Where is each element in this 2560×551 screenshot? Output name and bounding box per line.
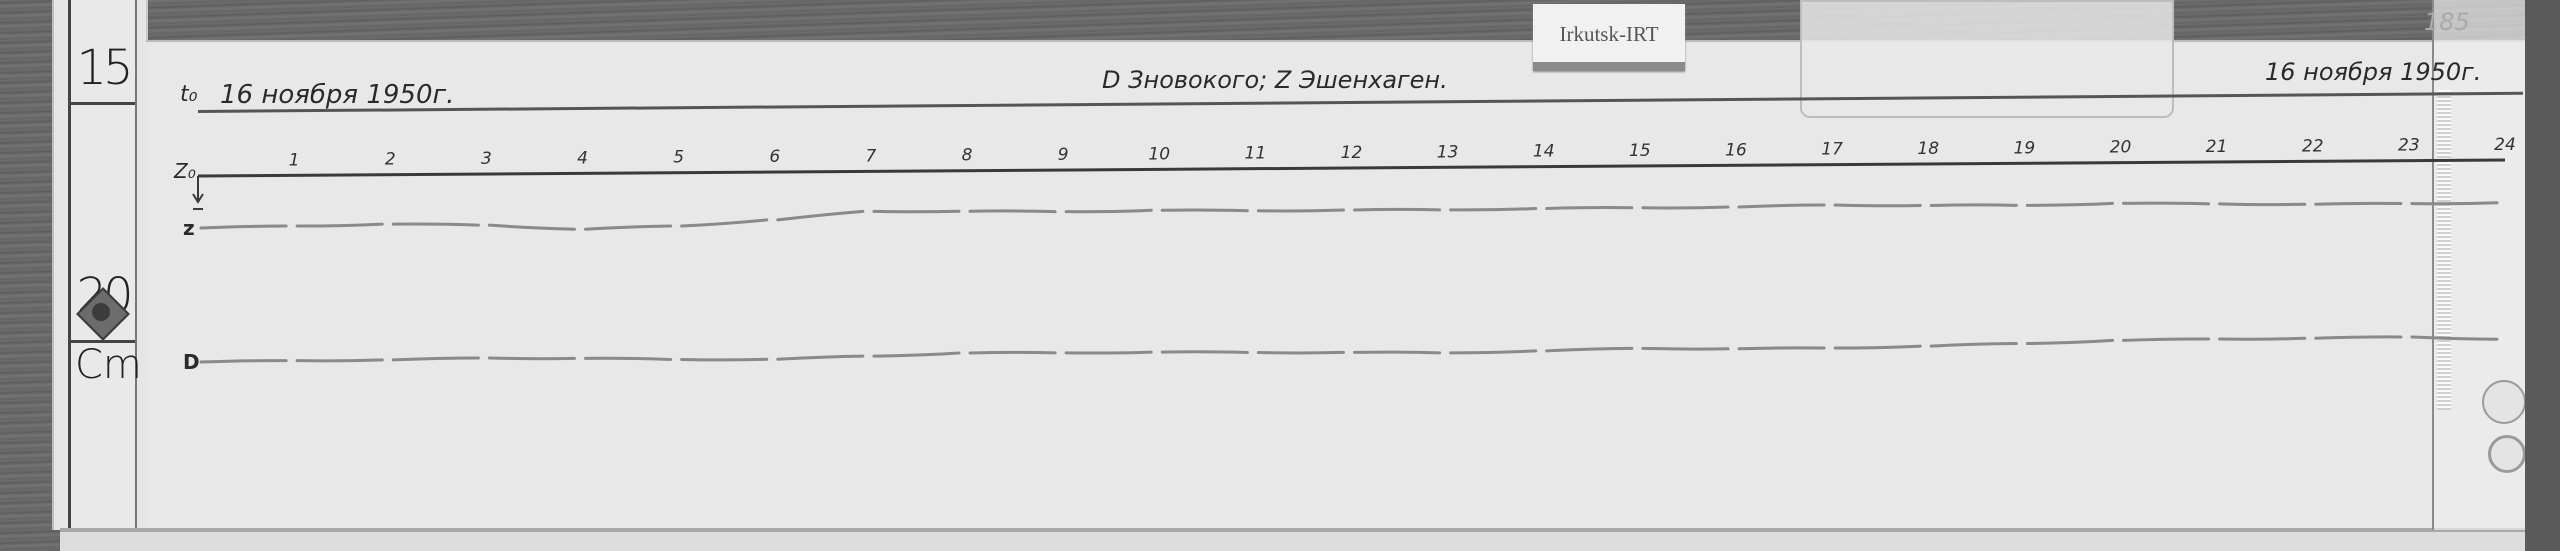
trace-z-label: z bbox=[183, 216, 195, 240]
trace-d-segment bbox=[1931, 344, 2016, 347]
trace-d-segment bbox=[2412, 337, 2497, 339]
hour-tick-label: 1 bbox=[289, 150, 300, 170]
trace-z-segment bbox=[682, 220, 767, 226]
hour-tick-label: 14 bbox=[1533, 142, 1555, 162]
hour-tick-label: 22 bbox=[2302, 136, 2324, 156]
hour-tick-label: 24 bbox=[2494, 135, 2516, 155]
trace-d-label: D bbox=[183, 350, 200, 374]
trace-z-segment bbox=[201, 226, 286, 228]
trace-z-segment bbox=[2124, 203, 2209, 204]
trace-z-segment bbox=[1739, 205, 1824, 207]
hour-tick-label: 9 bbox=[1058, 145, 1069, 165]
trace-z-segment bbox=[874, 211, 959, 212]
trace-d-segment bbox=[2027, 340, 2112, 343]
trace-z-segment bbox=[778, 211, 863, 220]
hour-tick-label: 19 bbox=[2014, 138, 2036, 158]
hour-tick-label: 3 bbox=[481, 149, 492, 169]
magnetogram-chart: Z₀12345678910111213141516171819202122232… bbox=[0, 0, 2560, 551]
hour-tick-label: 20 bbox=[2110, 138, 2132, 158]
trace-z-segment bbox=[1258, 210, 1343, 211]
trace-z-segment bbox=[2412, 203, 2497, 204]
hour-tick-label: 21 bbox=[2206, 137, 2228, 157]
trace-d-segment bbox=[1258, 352, 1343, 353]
trace-z-segment bbox=[393, 224, 478, 225]
trace-z-segment bbox=[489, 225, 574, 229]
trace-d-segment bbox=[1835, 346, 1920, 348]
trace-d-segment bbox=[489, 358, 574, 359]
trace-z-segment bbox=[1066, 210, 1151, 211]
trace-d-segment bbox=[1162, 352, 1247, 353]
trace-d-segment bbox=[1066, 352, 1151, 353]
hour-tick-label: 5 bbox=[673, 148, 684, 168]
trace-z-segment bbox=[2220, 204, 2305, 205]
hour-tick-label: 8 bbox=[962, 146, 973, 166]
hour-tick-label: 13 bbox=[1437, 142, 1459, 162]
trace-d-segment bbox=[970, 352, 1055, 353]
trace-z-segment bbox=[1835, 205, 1920, 206]
hour-tick-label: 16 bbox=[1725, 140, 1747, 160]
hour-tick-label: 17 bbox=[1821, 140, 1843, 160]
trace-z-segment bbox=[1451, 209, 1536, 210]
trace-z-segment bbox=[970, 211, 1055, 212]
hour-tick-label: 18 bbox=[1917, 139, 1939, 159]
baseline-label: Z₀ bbox=[173, 159, 196, 183]
trace-z-segment bbox=[1643, 207, 1728, 208]
trace-d-segment bbox=[1451, 351, 1536, 353]
trace-z-segment bbox=[1931, 205, 2016, 206]
trace-d-segment bbox=[2124, 339, 2209, 340]
trace-z-segment bbox=[297, 224, 382, 226]
hour-tick-label: 10 bbox=[1148, 144, 1170, 164]
trace-d-segment bbox=[778, 356, 863, 359]
hour-tick-label: 4 bbox=[577, 148, 588, 168]
hour-tick-label: 2 bbox=[385, 150, 396, 170]
trace-d-segment bbox=[1739, 348, 1824, 349]
trace-d-segment bbox=[2316, 337, 2401, 338]
trace-d-segment bbox=[682, 359, 767, 360]
trace-z-segment bbox=[2316, 203, 2401, 204]
trace-d-segment bbox=[2220, 338, 2305, 339]
trace-z-segment bbox=[586, 226, 671, 229]
trace-d-segment bbox=[393, 358, 478, 360]
hour-tick-label: 7 bbox=[865, 146, 876, 166]
trace-z-segment bbox=[1162, 210, 1247, 211]
trace-d-segment bbox=[874, 353, 959, 356]
hour-tick-label: 15 bbox=[1629, 141, 1651, 161]
hour-tick-label: 23 bbox=[2398, 136, 2420, 156]
trace-d-segment bbox=[297, 360, 382, 361]
trace-z-segment bbox=[2027, 203, 2112, 205]
hour-tick-label: 6 bbox=[769, 147, 780, 167]
trace-d-segment bbox=[1355, 352, 1440, 353]
trace-z-segment bbox=[1547, 208, 1632, 209]
trace-d-segment bbox=[201, 361, 286, 362]
hour-tick-label: 12 bbox=[1341, 143, 1363, 163]
trace-d-segment bbox=[586, 358, 671, 359]
trace-z-segment bbox=[1355, 209, 1440, 210]
trace-d-segment bbox=[1547, 348, 1632, 351]
hour-tick-label: 11 bbox=[1245, 144, 1267, 164]
trace-d-segment bbox=[1643, 348, 1728, 349]
